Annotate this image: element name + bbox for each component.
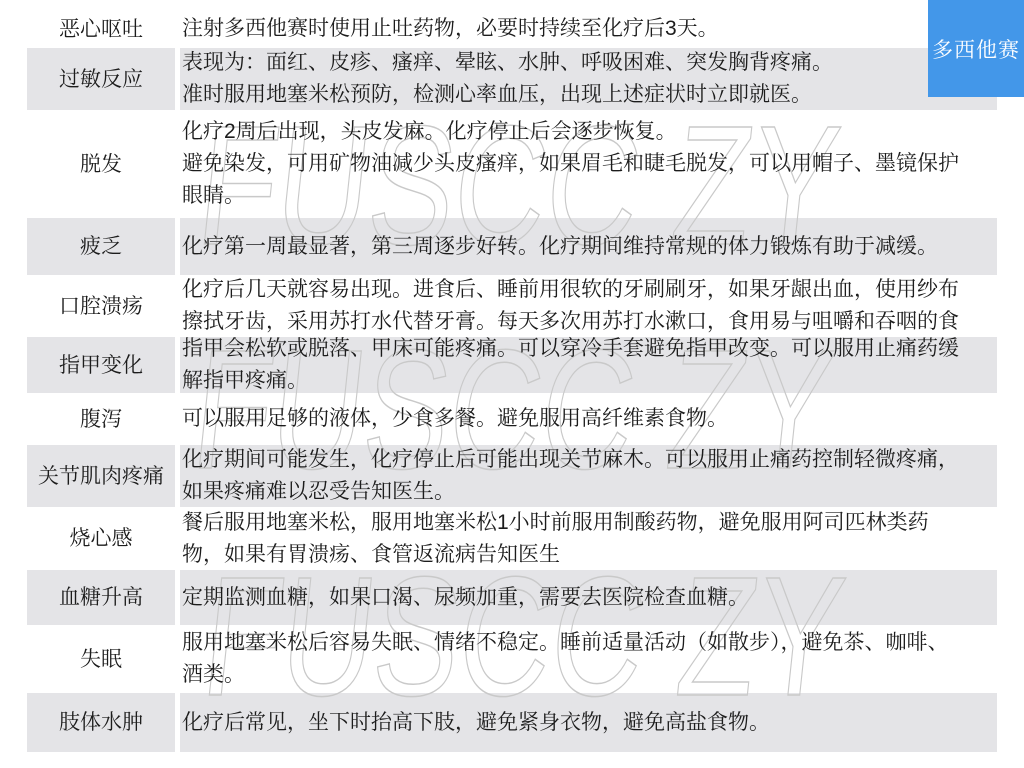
side-effect-desc: 化疗期间可能发生，化疗停止后可能出现关节麻木。可以服用止痛药控制轻微疼痛， 如果…	[182, 444, 959, 508]
slide-page: FUSCC ZY FUSCC ZY FUSCC ZY 恶心呕吐 注射多西他赛时使…	[0, 0, 1024, 768]
side-effect-name-cell: 失眠	[27, 625, 175, 693]
side-effect-desc-cell: 服用地塞米松后容易失眠、情绪不稳定。睡前适量活动（如散步），避免茶、咖啡、 酒类…	[180, 625, 997, 693]
side-effect-desc-cell: 化疗2周后出现，头皮发麻。化疗停止后会逐步恢复。 避免染发，可用矿物油减少头皮瘙…	[180, 110, 997, 218]
side-effect-desc: 餐后服用地塞米松，服用地塞米松1小时前服用制酸药物，避免服用阿司匹林类药 物，如…	[182, 507, 929, 571]
side-effect-desc: 化疗2周后出现，头皮发麻。化疗停止后会逐步恢复。 避免染发，可用矿物油减少头皮瘙…	[182, 116, 959, 212]
side-effect-name: 失眠	[80, 646, 122, 673]
side-effect-name: 过敏反应	[59, 66, 143, 93]
side-effect-name: 肢体水肿	[59, 709, 143, 736]
side-effect-name: 关节肌肉疼痛	[38, 463, 164, 490]
side-effect-name: 疲乏	[80, 233, 122, 260]
table-row: 过敏反应 表现为：面红、皮疹、瘙痒、晕眩、水肿、呼吸困难、突发胸背疼痛。 准时服…	[27, 48, 997, 110]
side-effect-desc: 可以服用足够的液体，少食多餐。避免服用高纤维素食物。	[182, 403, 728, 435]
side-effect-desc-cell: 化疗后常见，坐下时抬高下肢，避免紧身衣物，避免高盐食物。	[180, 693, 997, 752]
drug-name-label: 多西他赛	[932, 34, 1020, 64]
table-row: 失眠 服用地塞米松后容易失眠、情绪不稳定。睡前适量活动（如散步），避免茶、咖啡、…	[27, 625, 997, 693]
side-effect-name-cell: 腹泻	[27, 393, 175, 445]
side-effect-name-cell: 口腔溃疡	[27, 275, 175, 337]
table-row: 恶心呕吐 注射多西他赛时使用止吐药物，必要时持续至化疗后3天。	[27, 10, 997, 48]
side-effect-name: 口腔溃疡	[59, 293, 143, 320]
side-effect-desc: 定期监测血糖，如果口渴、尿频加重，需要去医院检查血糖。	[182, 582, 749, 614]
side-effect-desc: 指甲会松软或脱落、甲床可能疼痛。可以穿冷手套避免指甲改变。可以服用止痛药缓 解指…	[182, 333, 959, 397]
table-row: 烧心感 餐后服用地塞米松，服用地塞米松1小时前服用制酸药物，避免服用阿司匹林类药…	[27, 507, 997, 570]
side-effect-desc-cell: 化疗后几天就容易出现。进食后、睡前用很软的牙刷刷牙，如果牙龈出血，使用纱布 擦拭…	[180, 275, 997, 337]
side-effect-name: 脱发	[80, 151, 122, 178]
side-effect-desc-cell: 定期监测血糖，如果口渴、尿频加重，需要去医院检查血糖。	[180, 570, 997, 625]
side-effect-desc-cell: 可以服用足够的液体，少食多餐。避免服用高纤维素食物。	[180, 393, 997, 445]
side-effect-name: 恶心呕吐	[59, 16, 143, 43]
drug-name-tag: 多西他赛	[928, 0, 1024, 97]
side-effect-name: 指甲变化	[59, 352, 143, 379]
table-row: 疲乏 化疗第一周最显著，第三周逐步好转。化疗期间维持常规的体力锻炼有助于减缓。	[27, 218, 997, 275]
side-effect-name-cell: 烧心感	[27, 507, 175, 570]
side-effect-desc-cell: 化疗期间可能发生，化疗停止后可能出现关节麻木。可以服用止痛药控制轻微疼痛， 如果…	[180, 445, 997, 507]
side-effect-desc: 化疗后常见，坐下时抬高下肢，避免紧身衣物，避免高盐食物。	[182, 707, 770, 739]
side-effect-name: 血糖升高	[59, 584, 143, 611]
side-effect-name-cell: 血糖升高	[27, 570, 175, 625]
side-effect-desc-cell: 餐后服用地塞米松，服用地塞米松1小时前服用制酸药物，避免服用阿司匹林类药 物，如…	[180, 507, 997, 570]
side-effects-table: 恶心呕吐 注射多西他赛时使用止吐药物，必要时持续至化疗后3天。 过敏反应 表现为…	[27, 10, 997, 752]
side-effect-desc: 化疗后几天就容易出现。进食后、睡前用很软的牙刷刷牙，如果牙龈出血，使用纱布 擦拭…	[182, 274, 959, 338]
table-row: 脱发 化疗2周后出现，头皮发麻。化疗停止后会逐步恢复。 避免染发，可用矿物油减少…	[27, 110, 997, 218]
side-effect-name-cell: 过敏反应	[27, 48, 175, 110]
table-row: 口腔溃疡 化疗后几天就容易出现。进食后、睡前用很软的牙刷刷牙，如果牙龈出血，使用…	[27, 275, 997, 337]
side-effect-desc-cell: 表现为：面红、皮疹、瘙痒、晕眩、水肿、呼吸困难、突发胸背疼痛。 准时服用地塞米松…	[180, 48, 997, 110]
side-effect-name: 烧心感	[70, 525, 133, 552]
side-effect-name-cell: 恶心呕吐	[27, 10, 175, 48]
side-effect-name-cell: 指甲变化	[27, 337, 175, 393]
side-effect-desc-cell: 注射多西他赛时使用止吐药物，必要时持续至化疗后3天。	[180, 10, 997, 48]
table-row: 肢体水肿 化疗后常见，坐下时抬高下肢，避免紧身衣物，避免高盐食物。	[27, 693, 997, 752]
side-effect-desc: 服用地塞米松后容易失眠、情绪不稳定。睡前适量活动（如散步），避免茶、咖啡、 酒类…	[182, 627, 949, 691]
side-effect-name-cell: 脱发	[27, 110, 175, 218]
table-row: 关节肌肉疼痛 化疗期间可能发生，化疗停止后可能出现关节麻木。可以服用止痛药控制轻…	[27, 445, 997, 507]
table-row: 腹泻 可以服用足够的液体，少食多餐。避免服用高纤维素食物。	[27, 393, 997, 445]
side-effect-desc: 表现为：面红、皮疹、瘙痒、晕眩、水肿、呼吸困难、突发胸背疼痛。 准时服用地塞米松…	[182, 47, 833, 111]
side-effect-name-cell: 关节肌肉疼痛	[27, 445, 175, 507]
side-effect-desc-cell: 指甲会松软或脱落、甲床可能疼痛。可以穿冷手套避免指甲改变。可以服用止痛药缓 解指…	[180, 337, 997, 393]
table-row: 指甲变化 指甲会松软或脱落、甲床可能疼痛。可以穿冷手套避免指甲改变。可以服用止痛…	[27, 337, 997, 393]
side-effect-desc-cell: 化疗第一周最显著，第三周逐步好转。化疗期间维持常规的体力锻炼有助于减缓。	[180, 218, 997, 275]
table-row: 血糖升高 定期监测血糖，如果口渴、尿频加重，需要去医院检查血糖。	[27, 570, 997, 625]
side-effect-name-cell: 肢体水肿	[27, 693, 175, 752]
side-effect-name: 腹泻	[80, 406, 122, 433]
side-effect-name-cell: 疲乏	[27, 218, 175, 275]
side-effect-desc: 化疗第一周最显著，第三周逐步好转。化疗期间维持常规的体力锻炼有助于减缓。	[182, 231, 938, 263]
side-effect-desc: 注射多西他赛时使用止吐药物，必要时持续至化疗后3天。	[182, 13, 719, 45]
